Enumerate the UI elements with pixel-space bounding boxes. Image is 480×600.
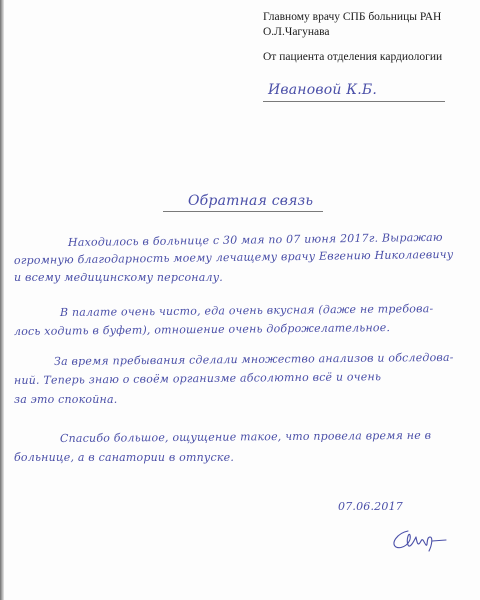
patient-name: Ивановой К.Б. — [268, 82, 377, 98]
body-line: Спасибо большое, ощущение такое, что про… — [60, 429, 431, 445]
body-line: В палате очень чисто, еда очень вкусная … — [60, 302, 434, 319]
body-line: ний. Теперь знаю о своём организме абсол… — [14, 370, 381, 387]
letter-date: 07.06.2017 — [338, 500, 403, 513]
scan-edge-shadow — [0, 0, 4, 600]
body-line: и всему медицинскому персоналу. — [14, 271, 223, 284]
body-line: Находилось в больнице с 30 мая по 07 июн… — [68, 231, 443, 249]
body-line: За время пребывания сделали множество ан… — [54, 351, 454, 368]
patient-name-underline — [263, 101, 445, 102]
addressee-line-2: О.Л.Чагунава — [263, 25, 330, 40]
title-underline — [163, 211, 323, 212]
addressee-line-1: Главному врачу СПБ больницы РАН — [263, 10, 441, 25]
body-line: за это спокойна. — [14, 393, 117, 406]
letter-title: Обратная связь — [188, 193, 313, 209]
body-line: огромную благодарность моему лечащему вр… — [14, 248, 454, 267]
body-line: лось ходить в буфет), отношение очень до… — [14, 321, 390, 338]
from-line: От пациента отделения кардиологии — [263, 50, 442, 65]
signature-scribble-icon — [388, 525, 458, 555]
body-line: больнице, а в санатории в отпуске. — [14, 451, 234, 464]
scanned-letter-page: Главному врачу СПБ больницы РАН О.Л.Чагу… — [0, 0, 480, 600]
signature — [388, 525, 458, 555]
